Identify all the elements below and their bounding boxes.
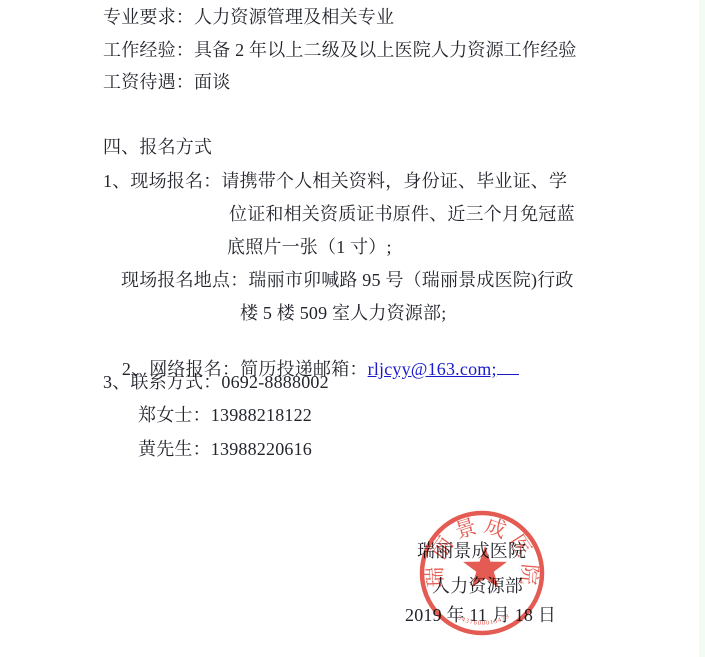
line-onsite-address-1: 现场报名地点：瑞丽市卯喊路 95 号（瑞丽景成医院)行政 bbox=[121, 269, 574, 291]
line-work-experience: 工作经验：具备 2 年以上二级及以上医院人力资源工作经验 bbox=[103, 39, 577, 61]
line-onsite-registration-3: 底照片一张（1 寸）; bbox=[227, 236, 392, 258]
official-seal-stamp: 瑞丽景成医院 5437600013479 bbox=[409, 500, 555, 646]
email-underline-tail bbox=[497, 359, 519, 375]
line-onsite-registration-1: 1、现场报名：请携带个人相关资料，身份证、毕业证、学 bbox=[103, 170, 567, 192]
line-major-requirement: 专业要求：人力资源管理及相关专业 bbox=[103, 6, 394, 28]
seal-serial-number: 5437600013479 bbox=[456, 612, 511, 627]
email-link[interactable]: rljcyy@163.com; bbox=[368, 359, 497, 379]
heading-registration-method: 四、报名方式 bbox=[103, 136, 212, 158]
line-onsite-address-2: 楼 5 楼 509 室人力资源部; bbox=[240, 302, 446, 324]
line-onsite-registration-2: 位证和相关资质证书原件、近三个月免冠蓝 bbox=[229, 203, 575, 225]
document-page: 专业要求：人力资源管理及相关专业 工作经验：具备 2 年以上二级及以上医院人力资… bbox=[0, 0, 705, 657]
line-salary: 工资待遇：面谈 bbox=[103, 71, 230, 93]
line-contact-ms-zheng: 郑女士：13988218122 bbox=[138, 404, 312, 426]
line-contact-mr-huang: 黄先生：13988220616 bbox=[138, 438, 312, 460]
page-right-edge bbox=[699, 0, 705, 657]
line-contact-phone: 3、联系方式：0692-8888002 bbox=[103, 371, 329, 393]
seal-star-icon bbox=[463, 546, 507, 588]
